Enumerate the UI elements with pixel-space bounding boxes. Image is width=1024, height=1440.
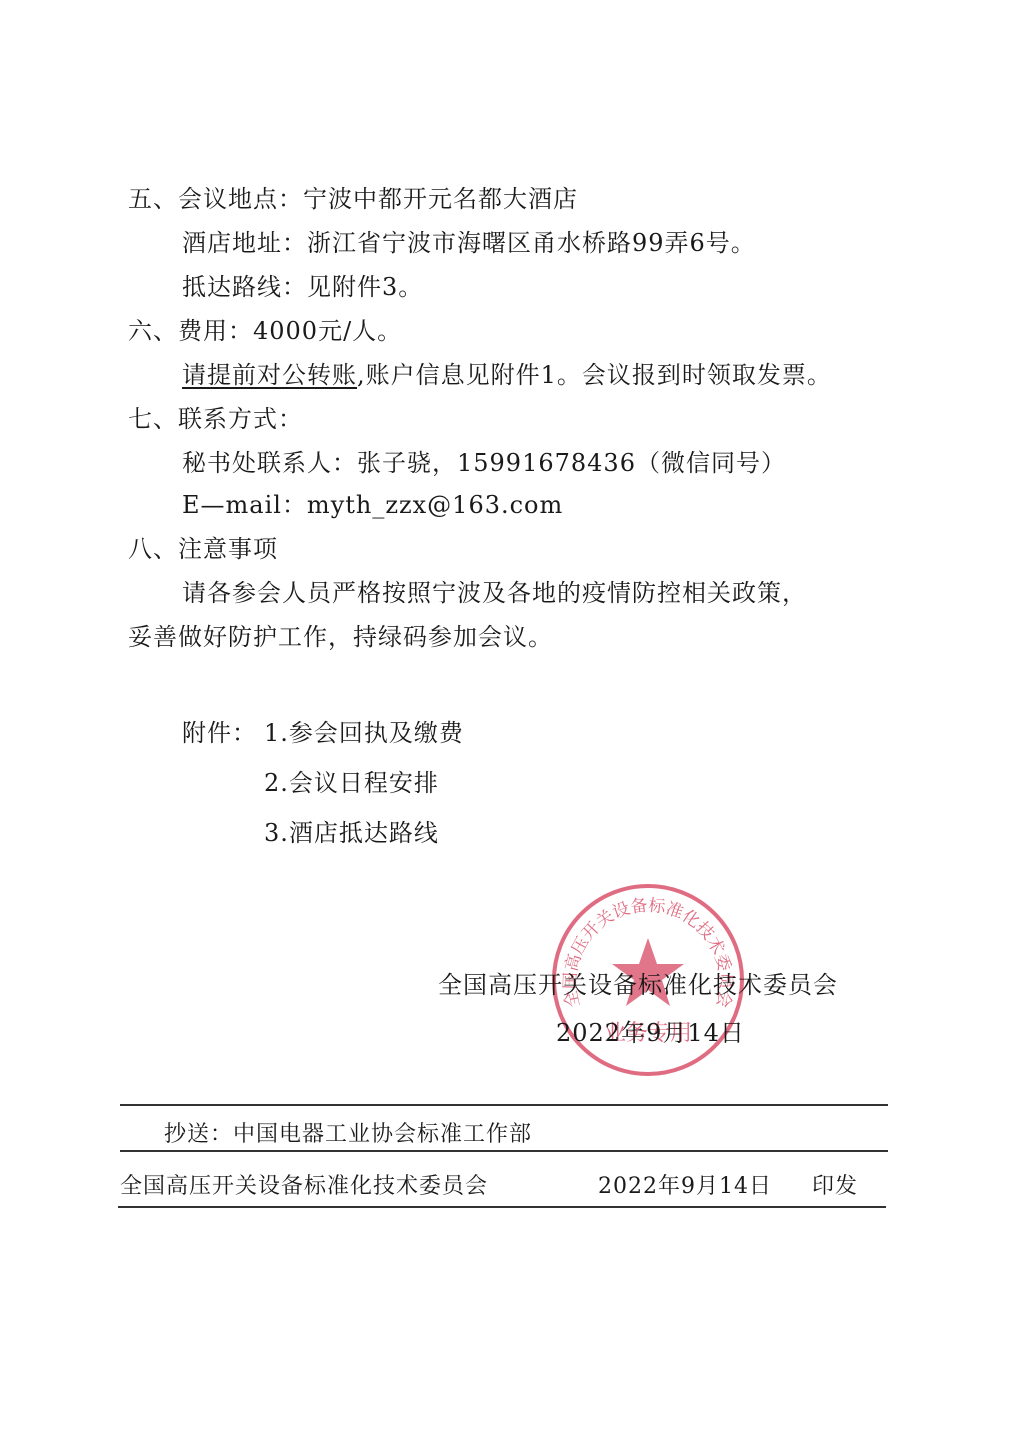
signature-org: 全国高压开关设备标准化技术委员会 (438, 970, 838, 1000)
transfer-rest: ,账户信息见附件1。会议报到时领取发票。 (357, 361, 832, 389)
hotel-address: 酒店地址：浙江省宁波市海曙区甬水桥路99弄6号。 (182, 228, 756, 258)
issue-date: 2022年9月14日 (598, 1172, 772, 1202)
payment-note: 请提前对公转账,账户信息见附件1。会议报到时领取发票。 (182, 360, 832, 390)
notice-para-2: 妥善做好防护工作，持绿码参加会议。 (128, 622, 553, 652)
section-6-heading: 六、费用：4000元/人。 (128, 316, 402, 346)
footer-rule-top (120, 1104, 888, 1106)
section-5-heading: 五、会议地点：宁波中都开元名都大酒店 (128, 184, 578, 214)
attachment-item-3: 3.酒店抵达路线 (264, 818, 439, 848)
signature-date: 2022年9月14日 (556, 1018, 745, 1048)
attachment-item-2: 2.会议日程安排 (264, 768, 439, 798)
attachment-item-1: 1.参会回执及缴费 (264, 718, 464, 748)
section-8-heading: 八、注意事项 (128, 534, 278, 564)
contact-email: E—mail：myth_zzx@163.com (182, 490, 563, 520)
cc-line: 抄送：中国电器工业协会标准工作部 (164, 1120, 532, 1150)
issue-label: 印发 (812, 1172, 858, 1202)
footer-rule-bottom (118, 1206, 886, 1208)
attachments-label: 附件： (182, 718, 257, 748)
arrival-route: 抵达路线：见附件3。 (182, 272, 423, 302)
contact-person: 秘书处联系人：张子骁，15991678436（微信同号） (182, 448, 786, 478)
section-7-heading: 七、联系方式： (128, 404, 303, 434)
footer-rule-middle (120, 1150, 888, 1152)
transfer-underlined: 请提前对公转账 (182, 361, 357, 389)
issuer: 全国高压开关设备标准化技术委员会 (120, 1172, 488, 1202)
notice-para-1: 请各参会人员严格按照宁波及各地的疫情防控相关政策， (182, 578, 807, 608)
